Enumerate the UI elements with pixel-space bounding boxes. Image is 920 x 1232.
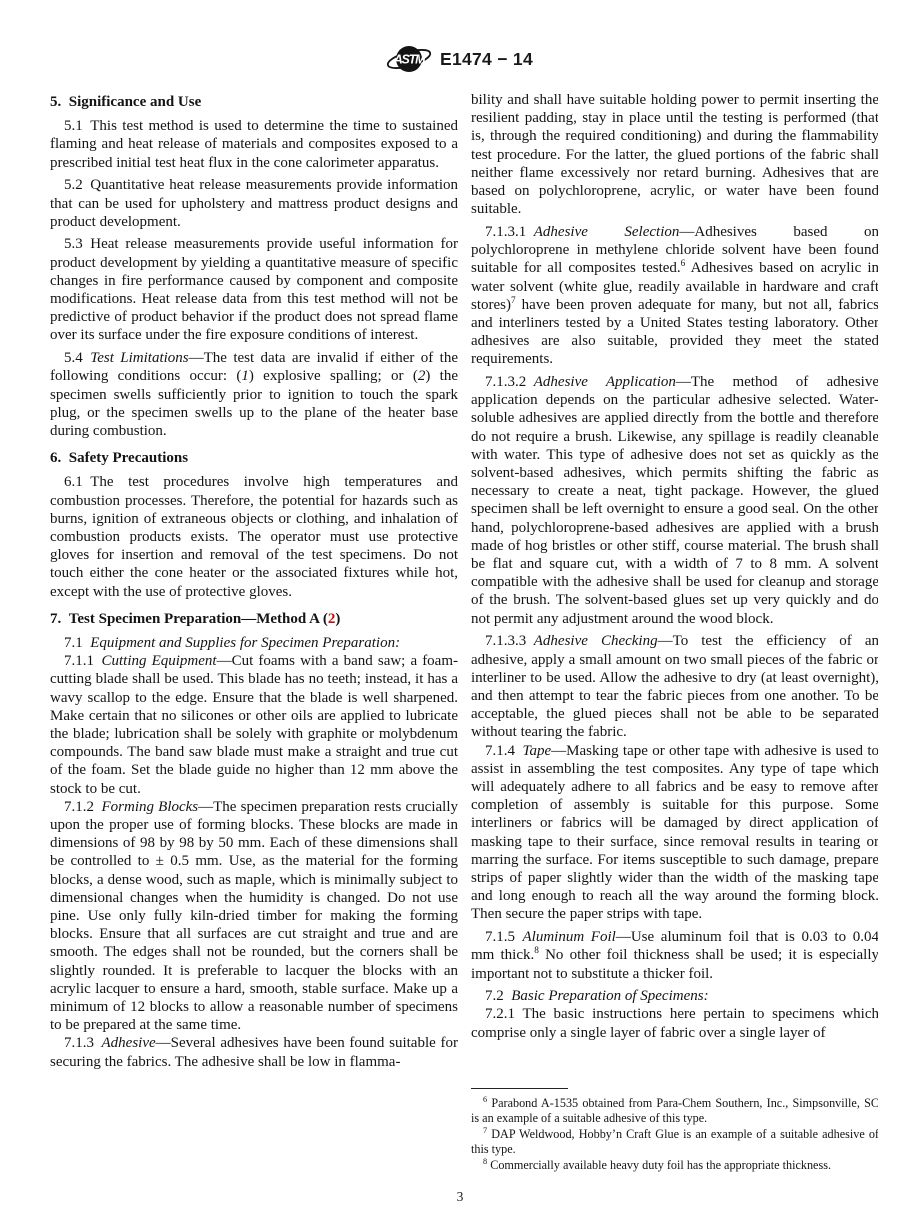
italic-term: Tape [523,743,552,759]
text-run: 5.4 [64,350,90,366]
footnote-text: Commercially available heavy duty foil h… [487,1158,831,1172]
text-run: ) explosive spalling; or ( [249,368,418,384]
left-column: 5. Significance and Use5.1 This test met… [50,91,458,1173]
para-5-4: 5.4 Test Limitations—The test data are i… [50,349,458,440]
text-run: 6. Safety Precautions [50,450,188,466]
text-run: 7. Test Specimen Preparation—Method A ( [50,611,328,627]
para-7-1-4: 7.1.4 Tape—Masking tape or other tape wi… [471,742,878,924]
text-run: —Masking tape or other tape with adhesiv… [471,743,878,923]
para-7-1-3-1: 7.1.3.1 Adhesive Selection—Adhesives bas… [471,223,878,369]
text-run: have been proven adequate for many, but … [471,297,878,368]
page-header: ASTM E1474 − 14 [40,40,878,78]
text-run: 5.2 Quantitative heat release measuremen… [50,177,458,229]
text-run: 5.3 Heat release measurements provide us… [50,236,458,343]
italic-term: Adhesive Selection [534,224,680,240]
para-7-1: 7.1 Equipment and Supplies for Specimen … [50,634,458,652]
italic-term: Basic Preparation of Specimens: [511,988,708,1004]
footnote-divider [471,1088,568,1089]
text-run: 7.1.3.2 [485,374,534,390]
footnote-6: 6 Parabond A-1535 obtained from Para-Che… [471,1096,878,1127]
italic-term: Adhesive [102,1035,156,1051]
text-run: 7.1.1 [64,653,102,669]
text-run: 5. Significance and Use [50,94,201,110]
text-run: 7.1.3 [64,1035,102,1051]
text-run: 6.1 The test procedures involve high tem… [50,474,458,599]
italic-term: 1 [241,368,249,384]
para-7-1-3-3: 7.1.3.3 Adhesive Checking—To test the ef… [471,632,878,741]
text-run: bility and shall have suitable holding p… [471,92,878,217]
section-5-heading: 5. Significance and Use [50,93,458,111]
italic-term: Aluminum Foil [523,929,616,945]
text-run: 5.1 This test method is used to determin… [50,118,458,170]
para-7-2: 7.2 Basic Preparation of Specimens: [471,987,878,1005]
para-7-1-1: 7.1.1 Cutting Equipment—Cut foams with a… [50,652,458,798]
section-6-heading: 6. Safety Precautions [50,449,458,467]
italic-term: Adhesive Application [534,374,676,390]
text-run: —To test the efficiency of an adhesive, … [471,633,878,740]
text-run: ) [335,611,340,627]
text-run: 7.1.3.1 [485,224,534,240]
page-footer: 3 [0,1189,920,1205]
para-5-2: 5.2 Quantitative heat release measuremen… [50,176,458,231]
text-run: 7.1.4 [485,743,523,759]
text-run: 7.1.5 [485,929,523,945]
document-page: ASTM E1474 − 14 5. Significance and Use5… [0,0,920,1232]
para-7-1-3-2: 7.1.3.2 Adhesive Application—The method … [471,373,878,628]
footnote-text: DAP Weldwood, Hobby’n Craft Glue is an e… [471,1127,878,1156]
text-run: 7.1.2 [64,799,102,815]
document-code: E1474 − 14 [440,49,533,70]
para-7-1-3: 7.1.3 Adhesive—Several adhesives have be… [50,1034,458,1070]
para-7-1-5: 7.1.5 Aluminum Foil—Use aluminum foil th… [471,928,878,983]
astm-logo-icon: ASTM [385,41,433,77]
section-7-heading: 7. Test Specimen Preparation—Method A (2… [50,610,458,628]
para-7-1-2: 7.1.2 Forming Blocks—The specimen prepar… [50,798,458,1035]
italic-term: Forming Blocks [102,799,199,815]
text-run: 7.2.1 The basic instructions here pertai… [471,1006,878,1040]
page-number: 3 [457,1189,464,1204]
para-5-1: 5.1 This test method is used to determin… [50,117,458,172]
footnote-7: 7 DAP Weldwood, Hobby’n Craft Glue is an… [471,1127,878,1158]
para-7-1-3-continued: bility and shall have suitable holding p… [471,91,878,218]
italic-term: Cutting Equipment [102,653,217,669]
italic-term: Test Limitations [90,350,188,366]
footnote-8: 8 Commercially available heavy duty foil… [471,1158,878,1173]
astm-logo-text: ASTM [393,53,426,67]
text-run: 7.2 [485,988,511,1004]
text-run: —The specimen preparation rests cruciall… [50,799,458,1033]
para-6-1: 6.1 The test procedures involve high tem… [50,473,458,600]
text-run: —Cut foams with a band saw; a foam-cutti… [50,653,458,796]
right-column: bility and shall have suitable holding p… [471,91,878,1173]
italic-term: Equipment and Supplies for Specimen Prep… [90,635,400,651]
text-run: 7.1.3.3 [485,633,534,649]
para-7-2-1: 7.2.1 The basic instructions here pertai… [471,1005,878,1041]
two-column-layout: 5. Significance and Use5.1 This test met… [50,91,878,1173]
text-run: 7.1 [64,635,90,651]
text-run: —The method of adhesive application depe… [471,374,878,627]
para-5-3: 5.3 Heat release measurements provide us… [50,235,458,344]
footnotes-block: 6 Parabond A-1535 obtained from Para-Che… [471,1086,878,1173]
footnote-text: Parabond A-1535 obtained from Para-Chem … [471,1096,878,1125]
italic-term: Adhesive Checking [534,633,658,649]
